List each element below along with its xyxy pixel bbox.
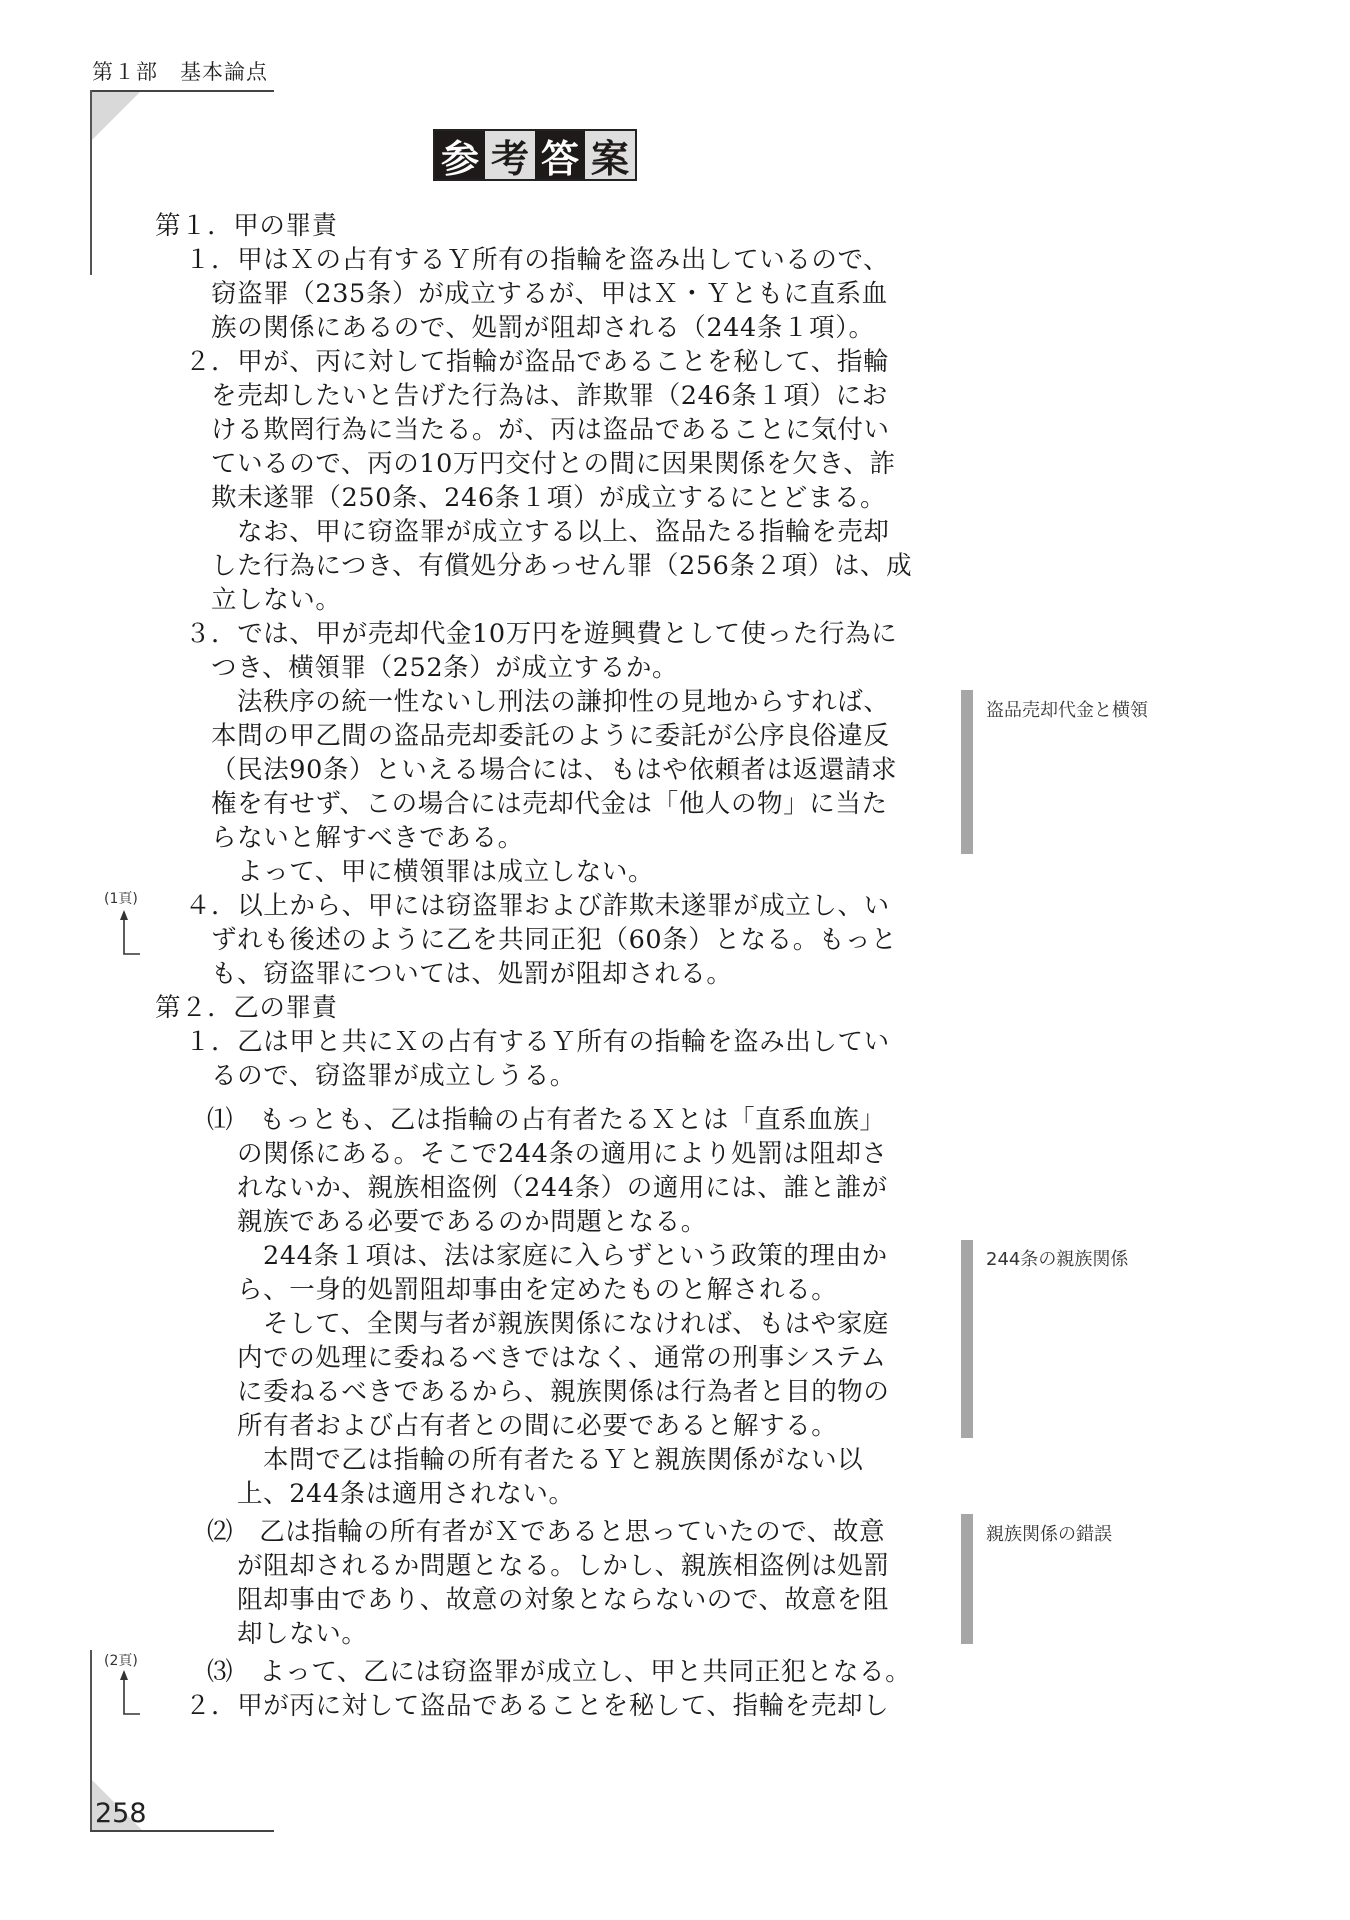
title-char: 案 [585,131,635,179]
body-line: を売却したいと告げた行為は、詐欺罪（246条１項）にお [211,376,888,412]
body-line: つき、横領罪（252条）が成立するか。 [211,648,678,684]
body-line: 欺未遂罪（250条、246条１項）が成立するにとどまる。 [211,478,886,514]
body-line: ２．甲が丙に対して盗品であることを秘して、指輪を売却し [185,1686,889,1722]
body-line: 親族である必要であるのか問題となる。 [237,1202,707,1238]
title-char: 考 [485,131,535,179]
section-heading: 第１．甲の罪責 [155,206,338,242]
body-line: 内での処理に委ねるべきではなく、通常の刑事システム [237,1338,886,1374]
body-line: ３．では、甲が売却代金10万円を遊興費として使った行為に [185,614,897,650]
body-line: らないと解すべきである。 [211,818,524,854]
arrow-up-icon [118,908,142,958]
body-line: 却しない。 [237,1614,368,1650]
title-char: 参 [435,131,485,179]
body-line: なお、甲に窃盗罪が成立する以上、盗品たる指輪を売却 [237,512,890,548]
body-line: の関係にある。そこで244条の適用により処罰は阻却さ [237,1134,888,1170]
body-line: ているので、丙の10万円交付との間に因果関係を欠き、詐 [211,444,896,480]
body-line: 権を有せず、この場合には売却代金は「他人の物」に当た [211,784,888,820]
body-line: ⑶ よって、乙には窃盗罪が成立し、甲と共同正犯となる。 [207,1652,911,1688]
body-line: ２．甲が、丙に対して指輪が盗品であることを秘して、指輪 [185,342,889,378]
body-line: 阻却事由であり、故意の対象とならないので、故意を阻 [237,1580,889,1616]
body-line: １．乙は甲と共にＸの占有するＹ所有の指輪を盗み出してい [185,1022,890,1058]
body-line: ４．以上から、甲には窃盗罪および詐欺未遂罪が成立し、い [185,886,890,922]
margin-note: 盗品売却代金と横領 [986,696,1148,722]
body-line: そして、全関与者が親族関係になければ、もはや家庭 [263,1304,889,1340]
page-title: 参 考 答 案 [433,129,637,181]
page-marker-1: (1頁) [104,888,138,908]
body-line: ら、一身的処罰阻却事由を定めたものと解される。 [237,1270,837,1306]
body-line: も、窃盗罪については、処罰が阻却される。 [211,954,733,990]
body-line: が阻却されるか問題となる。しかし、親族相盗例は処罰 [237,1546,890,1582]
body-line: ⑴ もっとも、乙は指輪の占有者たるＸとは「直系血族」 [207,1100,886,1136]
body-line: １．甲はＸの占有するＹ所有の指輪を盗み出しているので、 [185,240,889,276]
margin-note: 244条の親族関係 [986,1245,1128,1271]
margin-note: 親族関係の錯誤 [986,1520,1112,1546]
margin-bar [961,1240,973,1438]
margin-bar [961,690,973,854]
section-heading: 第２．乙の罪責 [155,988,338,1024]
body-line: ⑵ 乙は指輪の所有者がＸであると思っていたので、故意 [207,1512,885,1548]
body-line: した行為につき、有償処分あっせん罪（256条２項）は、成 [211,546,912,582]
body-line: 所有者および占有者との間に必要であると解する。 [237,1406,837,1442]
body-line: 上、244条は適用されない。 [237,1474,575,1510]
margin-bar [961,1514,973,1644]
body-line: 窃盗罪（235条）が成立するが、甲はＸ・Ｙともに直系血 [211,274,888,310]
body-line: 法秩序の統一性ないし刑法の謙抑性の見地からすれば、 [237,682,890,718]
body-line: 立しない。 [211,580,342,616]
body-line: 族の関係にあるので、処罰が阻却される（244条１項）。 [211,308,875,344]
page-number: 258 [95,1798,147,1829]
body-line: よって、甲に横領罪は成立しない。 [237,852,654,888]
body-line: （民法90条）といえる場合には、もはや依頼者は返還請求 [211,750,897,786]
corner-triangle-top [92,92,140,140]
arrow-up-icon [118,1668,142,1718]
body-line: ずれも後述のように乙を共同正犯（60条）となる。もっと [211,920,897,956]
body-line: に委ねるべきであるから、親族関係は行為者と目的物の [237,1372,890,1408]
body-line: れないか、親族相盗例（244条）の適用には、誰と誰が [237,1168,888,1204]
body-line: ける欺罔行為に当たる。が、丙は盗品であることに気付い [211,410,890,446]
page-marker-2: (2頁) [104,1650,138,1670]
body-line: 本問の甲乙間の盗品売却委託のように委託が公序良俗違反 [211,716,890,752]
running-header: 第１部 基本論点 [92,56,268,86]
body-line: 本問で乙は指輪の所有者たるＹと親族関係がない以 [263,1440,863,1476]
body-line: 244条１項は、法は家庭に入らずという政策的理由か [263,1236,888,1272]
footer-rule [90,1830,274,1832]
body-line: るので、窃盗罪が成立しうる。 [211,1056,576,1092]
title-char: 答 [535,131,585,179]
